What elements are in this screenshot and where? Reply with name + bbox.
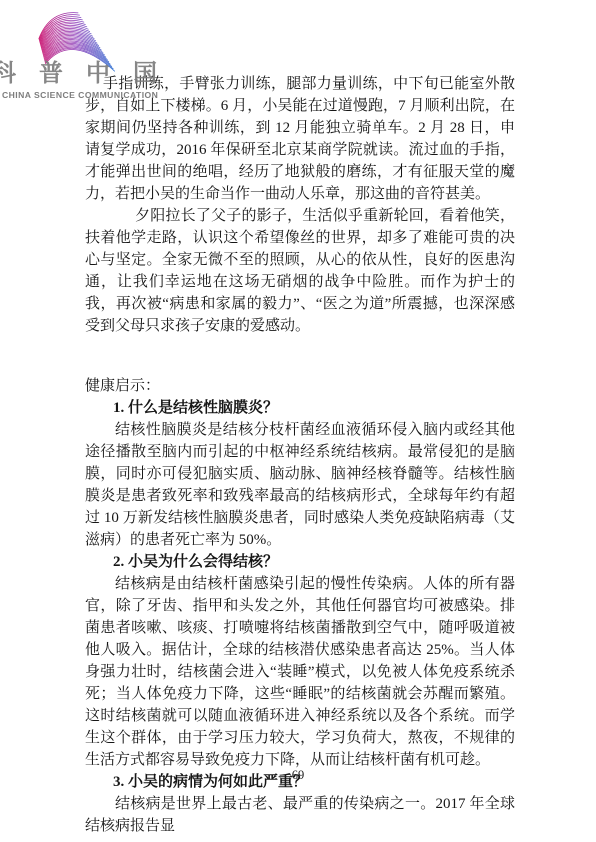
logo-wordmark: 科普中国 xyxy=(0,62,180,86)
page-number: 69 xyxy=(0,768,596,783)
document-page: 科普中国 CHINA SCIENCE COMMUNICATION 手指训练，手臂… xyxy=(0,0,596,842)
logo: 科普中国 CHINA SCIENCE COMMUNICATION xyxy=(0,0,200,110)
section-2-body: 结核病是由结核杆菌感染引起的慢性传染病。人体的所有器官，除了牙齿、指甲和头发之外… xyxy=(85,573,515,771)
section-1-body: 结核性脑膜炎是结核分枝杆菌经血液循环侵入脑内或经其他途径播散至脑内而引起的中枢神… xyxy=(85,419,515,551)
health-tips-label: 健康启示： xyxy=(85,375,515,397)
section-1-heading: 1. 什么是结核性脑膜炎？ xyxy=(85,397,515,419)
section-2-heading: 2. 小吴为什么会得结核？ xyxy=(85,551,515,573)
article-body: 手指训练，手臂张力训练，腿部力量训练，中下旬已能室外散步，自如上下楼梯。6 月，… xyxy=(85,73,515,837)
paragraph-reflection: 夕阳拉长了父子的影子，生活似乎重新轮回，看着他笑，扶着他学走路，认识这个希望像丝… xyxy=(85,205,515,337)
section-3-body: 结核病是世界上最古老、最严重的传染病之一。2017 年全球结核病报告显 xyxy=(85,793,515,837)
logo-subtitle: CHINA SCIENCE COMMUNICATION xyxy=(2,90,158,100)
